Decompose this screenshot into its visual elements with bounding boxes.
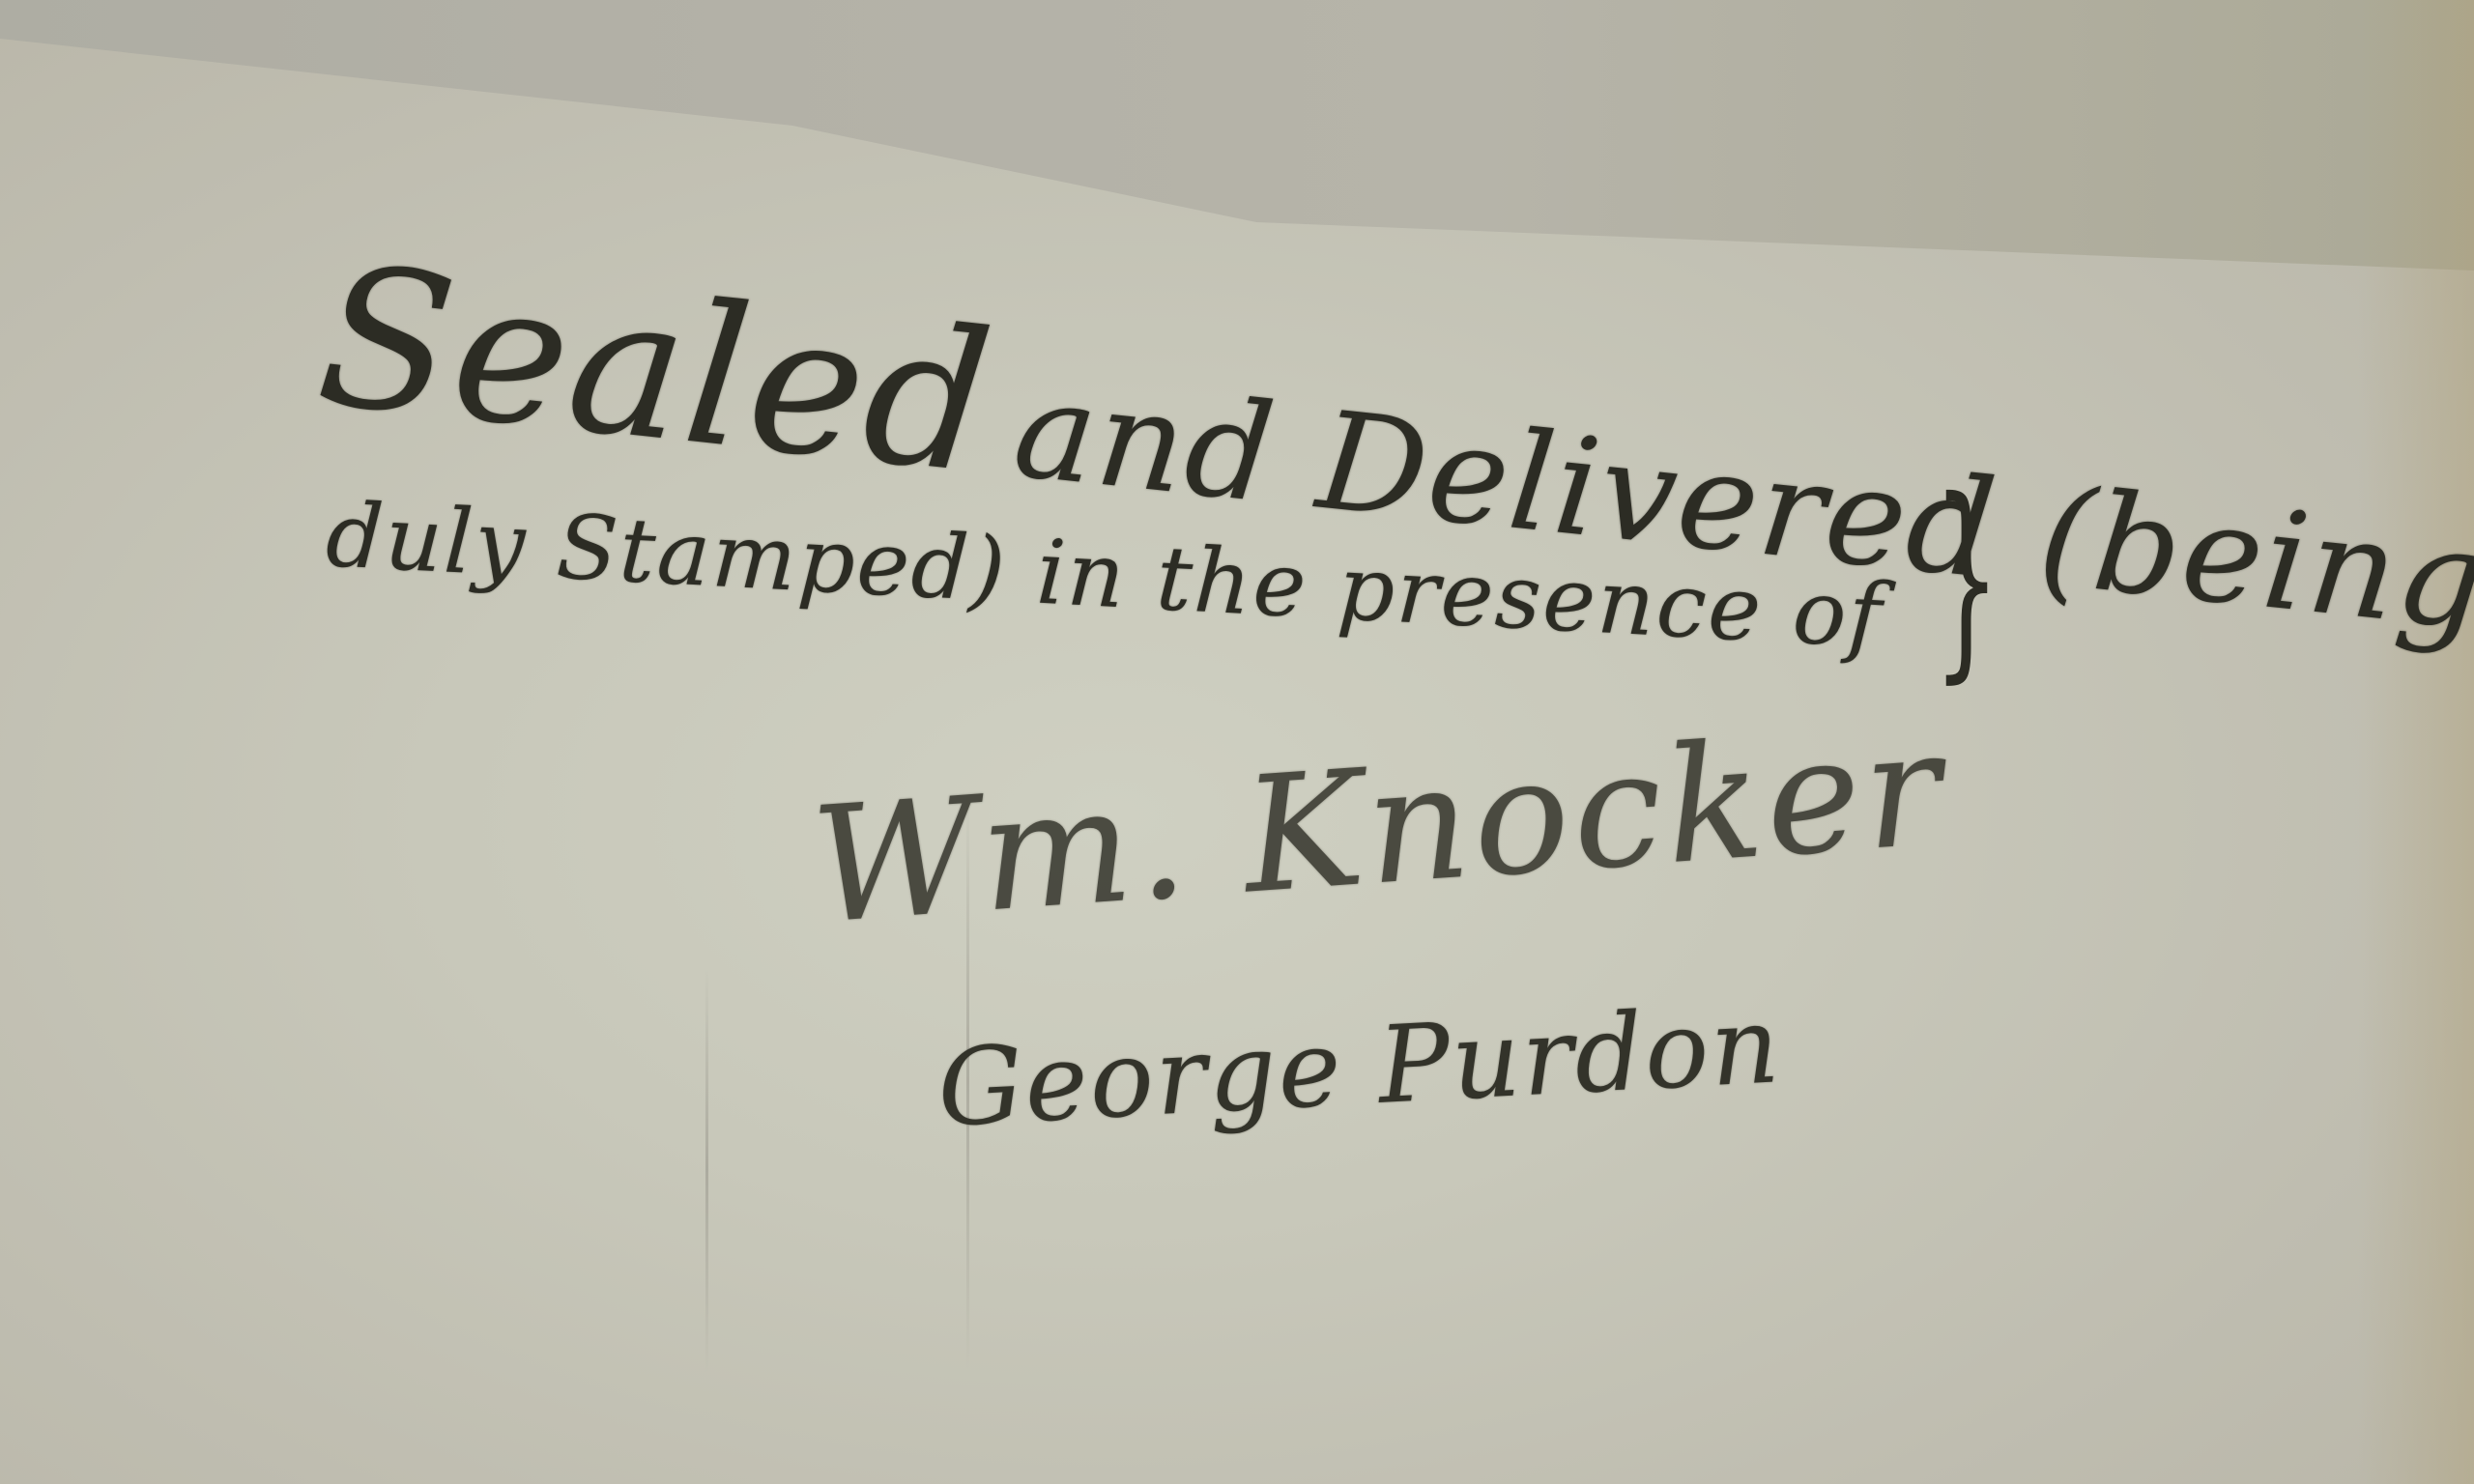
document-photo: Sealedand Delivered (being first duly St…	[0, 0, 2474, 1484]
attestation-bracket: }	[1933, 454, 2000, 701]
edge-shadow	[2358, 0, 2474, 1484]
paper-crease	[705, 966, 708, 1372]
